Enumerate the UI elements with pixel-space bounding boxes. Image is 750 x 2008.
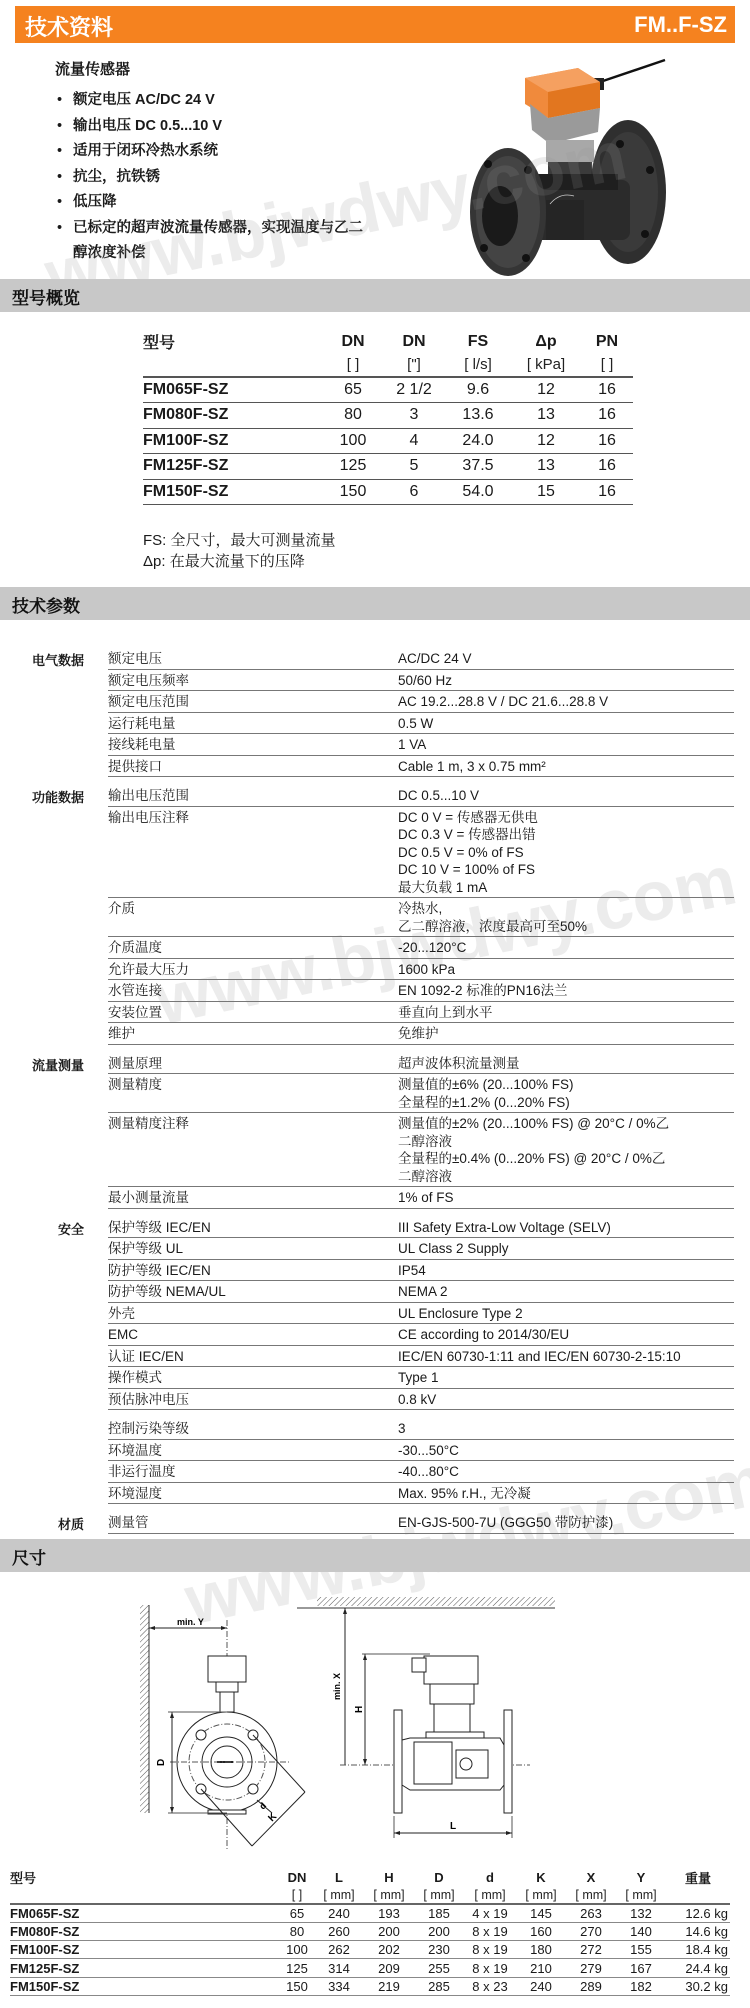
cell: 4 x 19 (464, 1904, 516, 1922)
cell: 185 (414, 1904, 464, 1922)
column-header: DN (280, 1868, 314, 1887)
cell: 210 (516, 1959, 566, 1977)
param-value: EN-GJS-500-7U (GGG50 带防护漆) (398, 1514, 734, 1532)
param-key: 测量原理 (108, 1055, 398, 1073)
table-row: FM065F-SZ 65 240 193 185 4 x 19 145 263 … (10, 1904, 730, 1922)
param-row: 测量精度注释测量值的±2% (20...100% FS) @ 20°C / 0%… (108, 1113, 734, 1187)
model-name: FM125F-SZ (143, 454, 323, 480)
cell: 30.2 kg (666, 1977, 730, 1995)
param-row: 操作模式Type 1 (108, 1367, 734, 1389)
cell: 100 (323, 428, 383, 454)
cell: 262 (314, 1941, 364, 1959)
param-value: 冷热水, 乙二醇溶液，浓度最高可至50% (398, 900, 734, 935)
cell: 13 (511, 403, 581, 429)
table-row: FM125F-SZ 125 5 37.5 13 16 (143, 454, 633, 480)
column-unit (666, 1887, 730, 1904)
param-value: -20...120°C (398, 939, 734, 957)
cell: 12 (511, 377, 581, 403)
column-header: H (364, 1868, 414, 1887)
model-name: FM150F-SZ (143, 479, 323, 505)
param-value: EN 1092-2 标准的PN16法兰 (398, 982, 734, 1000)
cell: 289 (566, 1977, 616, 1995)
group-label: 电气数据 (32, 650, 84, 669)
param-value: 50/60 Hz (398, 672, 734, 690)
label-D: D (156, 1759, 167, 1766)
column-unit: [ mm] (464, 1887, 516, 1904)
cell: 263 (566, 1904, 616, 1922)
cell: 150 (323, 479, 383, 505)
param-key: 控制污染等级 (108, 1420, 398, 1438)
column-header: DN (323, 330, 383, 353)
column-header: d (464, 1868, 516, 1887)
param-row: 提供接口Cable 1 m, 3 x 0.75 mm² (108, 756, 734, 778)
param-row: 保护等级 ULUL Class 2 Supply (108, 1238, 734, 1260)
cell: 65 (280, 1904, 314, 1922)
cell: 145 (516, 1904, 566, 1922)
cell: 24.4 kg (666, 1959, 730, 1977)
column-header: PN (581, 330, 633, 353)
param-row: 预估脉冲电压0.8 kV (108, 1389, 734, 1411)
param-key: 额定电压 (108, 650, 398, 668)
param-value: IP54 (398, 1262, 734, 1280)
column-unit: [ ] (581, 353, 633, 377)
cell: 125 (280, 1959, 314, 1977)
param-key: 测量精度注释 (108, 1115, 398, 1185)
feature-list: 额定电压 AC/DC 24 V 输出电压 DC 0.5...10 V 适用于闭环… (55, 88, 375, 267)
param-row: 控制污染等级3 (108, 1418, 734, 1440)
param-value: III Safety Extra-Low Voltage (SELV) (398, 1219, 734, 1237)
cell: 6 (383, 479, 445, 505)
cell: 255 (414, 1959, 464, 1977)
param-key: 保护等级 UL (108, 1240, 398, 1258)
param-row: 测量管EN-GJS-500-7U (GGG50 带防护漆) (108, 1512, 734, 1534)
param-row: 介质温度-20...120°C (108, 937, 734, 959)
cell: 80 (323, 403, 383, 429)
cell: 16 (581, 428, 633, 454)
param-value: 0.5 W (398, 715, 734, 733)
param-row: 水管连接EN 1092-2 标准的PN16法兰 (108, 980, 734, 1002)
param-value: AC/DC 24 V (398, 650, 734, 668)
document-title: 技术资料 (25, 11, 113, 42)
cell: 219 (364, 1977, 414, 1995)
cell: 270 (566, 1922, 616, 1940)
model-name: FM080F-SZ (10, 1922, 280, 1940)
column-unit: [ mm] (364, 1887, 414, 1904)
param-value: 1% of FS (398, 1189, 734, 1207)
param-value: NEMA 2 (398, 1283, 734, 1301)
cell: 150 (280, 1977, 314, 1995)
table-row: FM125F-SZ 125 314 209 255 8 x 19 210 279… (10, 1959, 730, 1977)
model-name: FM100F-SZ (143, 428, 323, 454)
group-label: 功能数据 (32, 787, 84, 806)
param-key: 环境温度 (108, 1442, 398, 1460)
param-value: AC 19.2...28.8 V / DC 21.6...28.8 V (398, 693, 734, 711)
param-value: UL Class 2 Supply (398, 1240, 734, 1258)
param-row: 额定电压范围AC 19.2...28.8 V / DC 21.6...28.8 … (108, 691, 734, 713)
column-header: D (414, 1868, 464, 1887)
param-value: 垂直向上到水平 (398, 1004, 734, 1022)
cell: 4 (383, 428, 445, 454)
cell: 180 (516, 1941, 566, 1959)
param-key: 介质 (108, 900, 398, 935)
param-row: 防护等级 NEMA/ULNEMA 2 (108, 1281, 734, 1303)
param-value: 测量值的±6% (20...100% FS) 全量程的±1.2% (0...20… (398, 1076, 734, 1111)
param-row: 额定电压频率50/60 Hz (108, 670, 734, 692)
column-header: Y (616, 1868, 666, 1887)
param-row: 输出电压注释DC 0 V = 传感器无供电 DC 0.3 V = 传感器出错 D… (108, 807, 734, 899)
feature-item: 输出电压 DC 0.5...10 V (55, 114, 375, 140)
section-title: 型号概览 (12, 284, 80, 309)
param-row: 测量精度测量值的±6% (20...100% FS) 全量程的±1.2% (0.… (108, 1074, 734, 1113)
cell: 140 (616, 1922, 666, 1940)
param-value: 0.8 kV (398, 1391, 734, 1409)
cell: 3 (383, 403, 445, 429)
param-row: 最小测量流量1% of FS (108, 1187, 734, 1209)
cell: 230 (414, 1941, 464, 1959)
param-key: 预估脉冲电压 (108, 1391, 398, 1409)
param-key: 安装位置 (108, 1004, 398, 1022)
cell: 54.0 (445, 479, 511, 505)
param-row: 防护等级 IEC/ENIP54 (108, 1260, 734, 1282)
table-row: FM100F-SZ 100 262 202 230 8 x 19 180 272… (10, 1941, 730, 1959)
param-key: 操作模式 (108, 1369, 398, 1387)
param-group-flow: 流量测量 测量原理超声波体积流量测量 测量精度测量值的±6% (20...100… (0, 1053, 750, 1209)
dimension-drawing: min. Y D d K min. X H (100, 1580, 680, 1862)
model-name: FM080F-SZ (143, 403, 323, 429)
param-row: EMCCE according to 2014/30/EU (108, 1324, 734, 1346)
dimension-table: 型号 DN L H D d K X Y 重量 [ ] [ mm] [ mm] [… (10, 1868, 730, 1996)
cell: 160 (516, 1922, 566, 1940)
param-key: 防护等级 IEC/EN (108, 1262, 398, 1280)
cell: 285 (414, 1977, 464, 1995)
column-header: 型号 (10, 1868, 280, 1887)
column-unit: [ ] (323, 353, 383, 377)
param-row: 输出电压范围DC 0.5...10 V (108, 785, 734, 807)
model-name: FM065F-SZ (10, 1904, 280, 1922)
section-title: 尺寸 (12, 1544, 46, 1569)
feature-item: 已标定的超声波流量传感器，实现温度与乙二醇浓度补偿 (55, 216, 375, 267)
param-key: 额定电压范围 (108, 693, 398, 711)
cell: 5 (383, 454, 445, 480)
product-image (450, 52, 670, 277)
param-row: 非运行温度-40...80°C (108, 1461, 734, 1483)
label-d: d (257, 1800, 268, 1811)
table-row: FM150F-SZ 150 6 54.0 15 16 (143, 479, 633, 505)
column-unit: [ mm] (616, 1887, 666, 1904)
column-unit: [ mm] (566, 1887, 616, 1904)
section-header-overview: 型号概览 (0, 279, 750, 312)
param-value: -40...80°C (398, 1463, 734, 1481)
cell: 182 (616, 1977, 666, 1995)
column-header: K (516, 1868, 566, 1887)
param-row: 维护免维护 (108, 1023, 734, 1045)
cell: 334 (314, 1977, 364, 1995)
param-key: 最小测量流量 (108, 1189, 398, 1207)
param-key: 提供接口 (108, 758, 398, 776)
param-key: 非运行温度 (108, 1463, 398, 1481)
param-key: 认证 IEC/EN (108, 1348, 398, 1366)
table-row: FM065F-SZ 65 2 1/2 9.6 12 16 (143, 377, 633, 403)
param-value: IEC/EN 60730-1:11 and IEC/EN 60730-2-15:… (398, 1348, 734, 1366)
feature-item: 抗尘，抗铁锈 (55, 165, 375, 191)
cell: 16 (581, 377, 633, 403)
model-overview-table: 型号 DN DN FS Δp PN [ ] ["] [ l/s] [ kPa] … (143, 330, 633, 505)
cell: 240 (516, 1977, 566, 1995)
cell: 132 (616, 1904, 666, 1922)
column-unit: [ ] (280, 1887, 314, 1904)
param-value: Type 1 (398, 1369, 734, 1387)
cell: 2 1/2 (383, 377, 445, 403)
section-title: 技术参数 (12, 592, 80, 617)
label-min-y: min. Y (177, 1617, 204, 1627)
cell: 8 x 19 (464, 1959, 516, 1977)
column-header: Δp (511, 330, 581, 353)
cell: 200 (414, 1922, 464, 1940)
column-unit: ["] (383, 353, 445, 377)
param-key: 防护等级 NEMA/UL (108, 1283, 398, 1301)
column-header: 型号 (143, 330, 323, 353)
param-value: UL Enclosure Type 2 (398, 1305, 734, 1323)
group-label: 流量测量 (32, 1055, 84, 1074)
cell: 14.6 kg (666, 1922, 730, 1940)
model-name: FM125F-SZ (10, 1959, 280, 1977)
document-header: 技术资料 FM..F-SZ (15, 6, 735, 43)
note-dp: Δp: 在最大流量下的压降 (143, 551, 336, 572)
cell: 193 (364, 1904, 414, 1922)
cell: 16 (581, 403, 633, 429)
column-header: FS (445, 330, 511, 353)
column-unit: [ mm] (516, 1887, 566, 1904)
tech-params-table: 电气数据 额定电压AC/DC 24 V 额定电压频率50/60 Hz 额定电压范… (0, 648, 750, 1534)
column-unit: [ mm] (314, 1887, 364, 1904)
cell: 8 x 19 (464, 1922, 516, 1940)
cell: 65 (323, 377, 383, 403)
column-header: DN (383, 330, 445, 353)
cell: 240 (314, 1904, 364, 1922)
label-H: H (354, 1706, 365, 1713)
param-value: 3 (398, 1420, 734, 1438)
param-row: 测量原理超声波体积流量测量 (108, 1053, 734, 1075)
cell: 100 (280, 1941, 314, 1959)
param-key: 介质温度 (108, 939, 398, 957)
model-name: FM100F-SZ (10, 1941, 280, 1959)
param-row: 认证 IEC/ENIEC/EN 60730-1:11 and IEC/EN 60… (108, 1346, 734, 1368)
cell: 314 (314, 1959, 364, 1977)
param-row: 允许最大压力1600 kPa (108, 959, 734, 981)
cell: 272 (566, 1941, 616, 1959)
param-key: 输出电压范围 (108, 787, 398, 805)
label-L: L (450, 1821, 456, 1832)
feature-item: 适用于闭环冷热水系统 (55, 139, 375, 165)
product-code: FM..F-SZ (634, 12, 727, 38)
param-row: 额定电压AC/DC 24 V (108, 648, 734, 670)
param-value: 1 VA (398, 736, 734, 754)
param-row: 接线耗电量1 VA (108, 734, 734, 756)
cell: 202 (364, 1941, 414, 1959)
param-value: DC 0 V = 传感器无供电 DC 0.3 V = 传感器出错 DC 0.5 … (398, 809, 734, 897)
group-label: 材质 (58, 1514, 84, 1533)
column-unit: [ kPa] (511, 353, 581, 377)
cell: 24.0 (445, 428, 511, 454)
cell: 155 (616, 1941, 666, 1959)
cell: 16 (581, 454, 633, 480)
param-value: Max. 95% r.H., 无冷凝 (398, 1485, 734, 1503)
param-key: 允许最大压力 (108, 961, 398, 979)
param-group-safety: 安全 保护等级 IEC/ENIII Safety Extra-Low Volta… (0, 1217, 750, 1505)
param-row: 安装位置垂直向上到水平 (108, 1002, 734, 1024)
param-key: EMC (108, 1326, 398, 1344)
param-key: 额定电压频率 (108, 672, 398, 690)
cell: 200 (364, 1922, 414, 1940)
param-key: 接线耗电量 (108, 736, 398, 754)
cell: 13 (511, 454, 581, 480)
param-key: 环境湿度 (108, 1485, 398, 1503)
cell: 37.5 (445, 454, 511, 480)
cell: 260 (314, 1922, 364, 1940)
feature-item: 额定电压 AC/DC 24 V (55, 88, 375, 114)
cell: 18.4 kg (666, 1941, 730, 1959)
param-row: 运行耗电量0.5 W (108, 713, 734, 735)
param-row: 环境湿度Max. 95% r.H., 无冷凝 (108, 1483, 734, 1505)
cell: 167 (616, 1959, 666, 1977)
note-fs: FS: 全尺寸，最大可测量流量 (143, 530, 336, 551)
param-key: 水管连接 (108, 982, 398, 1000)
column-unit: [ l/s] (445, 353, 511, 377)
feature-item: 低压降 (55, 190, 375, 216)
param-value: 1600 kPa (398, 961, 734, 979)
param-value: 测量值的±2% (20...100% FS) @ 20°C / 0%乙 二醇溶液… (398, 1115, 734, 1185)
cell: 209 (364, 1959, 414, 1977)
table-row: FM100F-SZ 100 4 24.0 12 16 (143, 428, 633, 454)
product-subtitle: 流量传感器 (55, 58, 130, 79)
cell: 8 x 19 (464, 1941, 516, 1959)
param-key: 输出电压注释 (108, 809, 398, 897)
table-row: FM150F-SZ 150 334 219 285 8 x 23 240 289… (10, 1977, 730, 1995)
model-name: FM065F-SZ (143, 377, 323, 403)
param-row: 介质冷热水, 乙二醇溶液，浓度最高可至50% (108, 898, 734, 937)
param-key: 运行耗电量 (108, 715, 398, 733)
param-row: 环境温度-30...50°C (108, 1440, 734, 1462)
column-header: 重量 (666, 1868, 730, 1887)
param-key: 维护 (108, 1025, 398, 1043)
param-row: 外壳UL Enclosure Type 2 (108, 1303, 734, 1325)
param-key: 测量精度 (108, 1076, 398, 1111)
table-row: FM080F-SZ 80 3 13.6 13 16 (143, 403, 633, 429)
cell: 279 (566, 1959, 616, 1977)
param-group-functional: 功能数据 输出电压范围DC 0.5...10 V 输出电压注释DC 0 V = … (0, 785, 750, 1045)
column-unit (10, 1887, 280, 1904)
param-group-electrical: 电气数据 额定电压AC/DC 24 V 额定电压频率50/60 Hz 额定电压范… (0, 648, 750, 777)
param-key: 测量管 (108, 1514, 398, 1532)
param-key: 保护等级 IEC/EN (108, 1219, 398, 1237)
param-group-material: 材质 测量管EN-GJS-500-7U (GGG50 带防护漆) (0, 1512, 750, 1534)
param-value: -30...50°C (398, 1442, 734, 1460)
cell: 12 (511, 428, 581, 454)
param-row: 保护等级 IEC/ENIII Safety Extra-Low Voltage … (108, 1217, 734, 1239)
param-value: DC 0.5...10 V (398, 787, 734, 805)
cell: 16 (581, 479, 633, 505)
param-key: 外壳 (108, 1305, 398, 1323)
label-min-x: min. X (332, 1673, 342, 1700)
cell: 8 x 23 (464, 1977, 516, 1995)
section-header-dimensions: 尺寸 (0, 1539, 750, 1572)
param-value: Cable 1 m, 3 x 0.75 mm² (398, 758, 734, 776)
section-header-tech: 技术参数 (0, 587, 750, 620)
cell: 125 (323, 454, 383, 480)
param-value: CE according to 2014/30/EU (398, 1326, 734, 1344)
cell: 15 (511, 479, 581, 505)
model-name: FM150F-SZ (10, 1977, 280, 1995)
group-label: 安全 (58, 1219, 84, 1238)
column-header: L (314, 1868, 364, 1887)
cell: 9.6 (445, 377, 511, 403)
table-row: FM080F-SZ 80 260 200 200 8 x 19 160 270 … (10, 1922, 730, 1940)
param-value: 免维护 (398, 1025, 734, 1043)
column-header: X (566, 1868, 616, 1887)
column-unit: [ mm] (414, 1887, 464, 1904)
overview-notes: FS: 全尺寸，最大可测量流量 Δp: 在最大流量下的压降 (143, 530, 336, 572)
param-value: 超声波体积流量测量 (398, 1055, 734, 1073)
cell: 13.6 (445, 403, 511, 429)
cell: 80 (280, 1922, 314, 1940)
label-K: K (266, 1811, 279, 1824)
column-unit (143, 353, 323, 377)
cell: 12.6 kg (666, 1904, 730, 1922)
